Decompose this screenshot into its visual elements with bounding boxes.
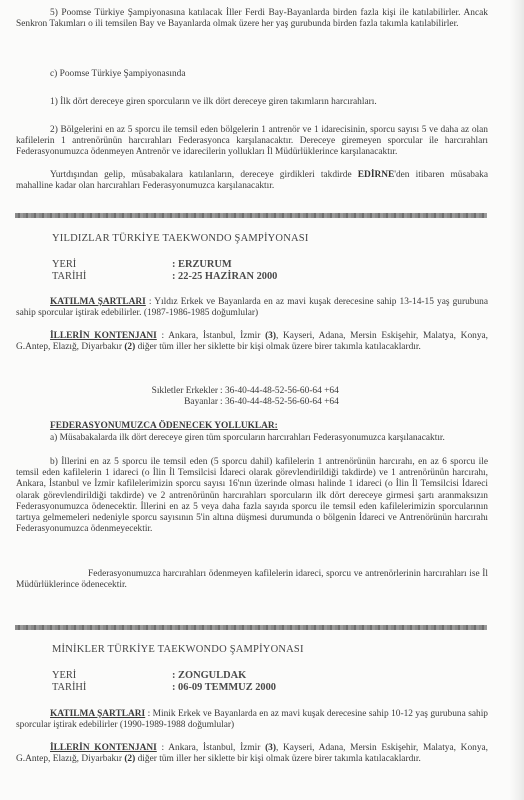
abroad-city: EDİRNE — [358, 170, 394, 180]
place-value: : ZONGULDAK — [172, 670, 246, 681]
travel-item-a: a) Müsabakalarda ilk dört dereceye giren… — [16, 433, 488, 444]
date-value: : 22-25 HAZİRAN 2000 — [172, 271, 277, 282]
travel-heading-text: FEDERASYONUMUZCA ÖDENECEK YOLLUKLAR: — [50, 421, 278, 431]
yildizlar-quota: İLLERİN KONTENJANI : Ankara, İstanbul, İ… — [16, 331, 488, 353]
quota-label: İLLERİN KONTENJANI — [50, 743, 157, 753]
minikler-date-row: TARİHİ: 06-09 TEMMUZ 2000 — [52, 682, 276, 693]
travel-heading: FEDERASYONUMUZCA ÖDENECEK YOLLUKLAR: — [16, 421, 488, 432]
weight-label: Sıkletler Erkekler — [0, 386, 220, 397]
quota-count-3: (3) — [265, 743, 276, 753]
travel-item-c: Federasyonumuzca harcırahları ödenmeyen … — [16, 569, 488, 591]
weight-label: Bayanlar — [0, 397, 220, 408]
quota-text-a: : Ankara, İstanbul, İzmir — [157, 743, 265, 753]
weight-value: : 36-40-44-48-52-56-60-64 +64 — [220, 397, 339, 408]
section-divider — [15, 625, 487, 630]
quota-label: İLLERİN KONTENJANI — [50, 331, 157, 341]
weight-value: : 36-40-44-48-52-56-60-64 +64 — [220, 386, 339, 397]
scanned-document-page: 5) Poomse Türkiye Şampiyonasına katılaca… — [0, 0, 524, 800]
abroad-travel-paragraph: Yurtdışından gelip, müsabakalara katılan… — [16, 170, 488, 192]
poomse-sub-c: c) Poomse Türkiye Şampiyonasında — [16, 69, 488, 80]
minikler-quota: İLLERİN KONTENJANI : Ankara, İstanbul, İ… — [16, 743, 488, 765]
poomse-item-1: 1) İlk dört dereceye giren sporcuların v… — [16, 97, 488, 108]
place-label: YERİ — [52, 259, 172, 270]
quota-text-a: : Ankara, İstanbul, İzmir — [157, 331, 265, 341]
travel-item-b: b) İllerini en az 5 sporcu ile temsil ed… — [16, 457, 488, 535]
minikler-place-row: YERİ: ZONGULDAK — [52, 670, 246, 681]
quota-count-2: (2) — [124, 754, 135, 764]
weight-classes: Sıkletler Erkekler: 36-40-44-48-52-56-60… — [0, 386, 524, 408]
poomse-item-2: 2) Bölgelerini en az 5 sporcu ile temsil… — [16, 125, 488, 159]
conditions-label: KATILMA ŞARTLARI — [50, 297, 146, 307]
yildizlar-place-row: YERİ: ERZURUM — [52, 259, 232, 270]
date-value: : 06-09 TEMMUZ 2000 — [172, 682, 276, 693]
yildizlar-title: YILDIZLAR TÜRKİYE TAEKWONDO ŞAMPİYONASI — [52, 233, 309, 244]
date-label: TARİHİ — [52, 271, 172, 282]
quota-count-3: (3) — [265, 331, 276, 341]
minikler-conditions: KATILMA ŞARTLARI : Minik Erkek ve Bayanl… — [16, 709, 488, 731]
minikler-title: MİNİKLER TÜRKİYE TAEKWONDO ŞAMPİYONASI — [52, 644, 304, 655]
quota-text-c: diğer tüm iller her siklette bir kişi ol… — [135, 342, 421, 352]
yildizlar-date-row: TARİHİ: 22-25 HAZİRAN 2000 — [52, 271, 277, 282]
section-divider — [15, 213, 487, 218]
conditions-label: KATILMA ŞARTLARI — [50, 709, 145, 719]
quota-text-c: diğer tüm iller her siklette bir kişi ol… — [135, 754, 421, 764]
yildizlar-conditions: KATILMA ŞARTLARI : Yıldız Erkek ve Bayan… — [16, 297, 488, 319]
poomse-item-5: 5) Poomse Türkiye Şampiyonasına katılaca… — [16, 8, 488, 30]
abroad-text-pre: Yurtdışından gelip, müsabakalara katılan… — [50, 170, 358, 180]
place-label: YERİ — [52, 670, 172, 681]
weight-row-women: Bayanlar: 36-40-44-48-52-56-60-64 +64 — [0, 397, 524, 408]
place-value: : ERZURUM — [172, 259, 232, 270]
date-label: TARİHİ — [52, 682, 172, 693]
quota-count-2: (2) — [124, 342, 135, 352]
weight-row-men: Sıkletler Erkekler: 36-40-44-48-52-56-60… — [0, 386, 524, 397]
